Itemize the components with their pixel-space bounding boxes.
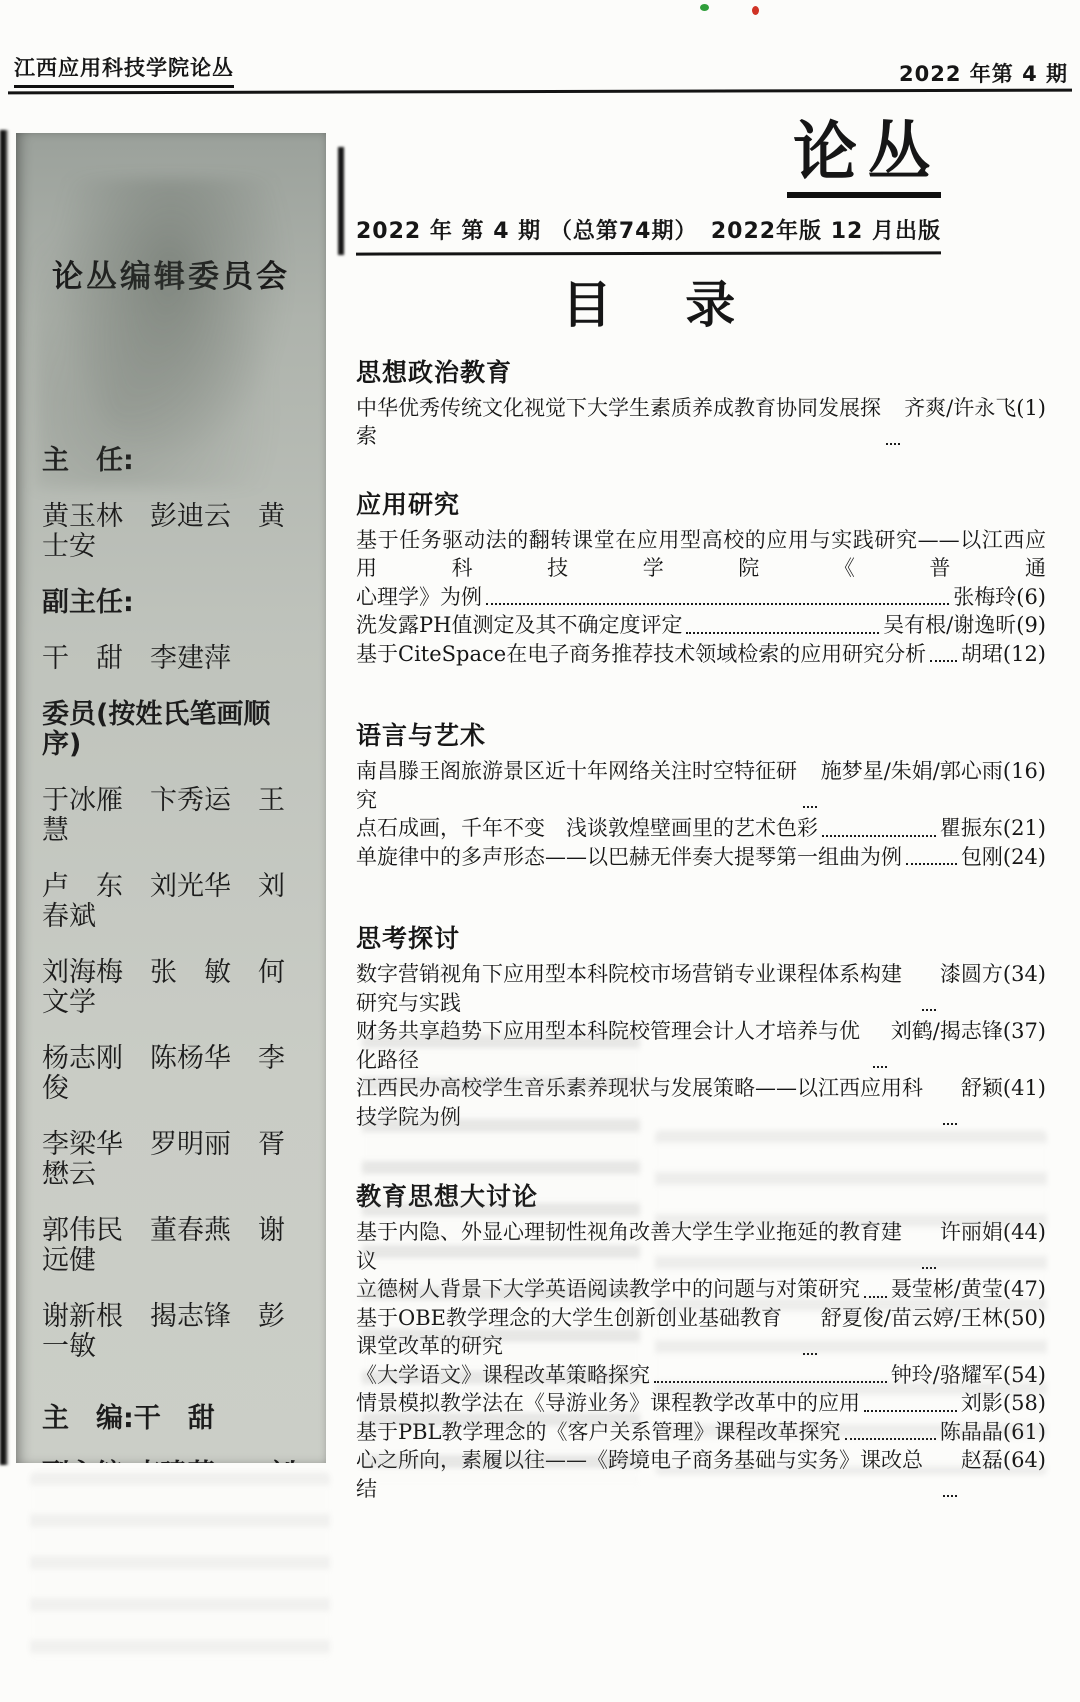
toc-section-language-and-art: 语言与艺术 南昌滕王阁旅游景区近十年网络关注时空特征研究 施梦星/朱娟/郭心雨(… bbox=[356, 716, 1046, 871]
editorial-board-panel: 论丛编辑委员会 主 任: 黄玉林 彭迪云 黄士安 副主任: 干 甜 李建萍 委员… bbox=[16, 133, 326, 1463]
section-heading: 思考探讨 bbox=[356, 919, 1046, 955]
bleed-through-smudge bbox=[36, 178, 306, 488]
entry-author-page: 齐爽/许永飞(1) bbox=[904, 394, 1046, 423]
entry-author-page: 瞿振东(21) bbox=[940, 814, 1046, 843]
running-head-rule bbox=[8, 89, 1072, 95]
dot-leader bbox=[803, 806, 817, 808]
board-label-members: 委员(按姓氏笔画顺序) bbox=[42, 700, 300, 760]
board-row: 刘海梅 张 敏 何文学 bbox=[42, 958, 300, 1018]
board-row: 郭伟民 董春燕 谢远健 bbox=[42, 1216, 300, 1276]
dot-leader bbox=[943, 1495, 957, 1497]
entry-author-page: 张梅玲(6) bbox=[953, 583, 1046, 612]
entry-author-page: 施梦星/朱娟/郭心雨(16) bbox=[821, 757, 1046, 786]
toc-entry: 心理学》为例 张梅玲(6) bbox=[356, 583, 1046, 612]
toc-entry: 中华优秀传统文化视觉下大学生素质养成教育协同发展探索 齐爽/许永飞(1) bbox=[356, 394, 1046, 451]
toc-entry: 南昌滕王阁旅游景区近十年网络关注时空特征研究 施梦星/朱娟/郭心雨(16) bbox=[356, 757, 1046, 814]
entry-title: 南昌滕王阁旅游景区近十年网络关注时空特征研究 bbox=[356, 757, 799, 814]
scan-speck-red bbox=[752, 6, 759, 15]
editorial-board-list: 主 任: 黄玉林 彭迪云 黄士安 副主任: 干 甜 李建萍 委员(按姓氏笔画顺序… bbox=[16, 446, 326, 1362]
section-heading: 语言与艺术 bbox=[356, 716, 1046, 752]
entry-title: 数字营销视角下应用型本科院校市场营销专业课程体系构建研究与实践 bbox=[356, 960, 918, 1017]
dot-leader bbox=[906, 863, 957, 865]
board-row: 谢新根 揭志锋 彭一敏 bbox=[42, 1302, 300, 1362]
issue-line-left: 2022 年 第 4 期 （总第74期） bbox=[356, 214, 697, 245]
toc-entry: 基于任务驱动法的翻转课堂在应用型高校的应用与实践研究——以江西应用科技学院《普通 bbox=[356, 526, 1046, 583]
running-head-journal-name: 江西应用科技学院论丛 bbox=[14, 52, 234, 88]
scan-speck-green bbox=[700, 4, 709, 11]
board-row: 于冰雁 卞秀运 王 慧 bbox=[42, 786, 300, 846]
toc-entry: 基于CiteSpace在电子商务推荐技术领域检索的应用研究分析 胡珺(12) bbox=[356, 640, 1046, 669]
toc-title: 目 录 bbox=[356, 265, 941, 337]
entry-author-page: 包刚(24) bbox=[961, 843, 1046, 872]
dot-leader bbox=[886, 443, 900, 445]
running-head: 江西应用科技学院论丛 2022 年第 4 期 bbox=[14, 52, 1068, 88]
dot-leader bbox=[822, 835, 936, 837]
board-row: 杨志刚 陈杨华 李 俊 bbox=[42, 1044, 300, 1104]
page-fold-shadow bbox=[0, 130, 9, 1465]
toc-section-ideological-political-education: 思想政治教育 中华优秀传统文化视觉下大学生素质养成教育协同发展探索 齐爽/许永飞… bbox=[356, 353, 1046, 451]
toc-entry: 单旋律中的多声形态——以巴赫无伴奏大提琴第一组曲为例 包刚(24) bbox=[356, 843, 1046, 872]
board-row: 卢 东 刘光华 刘春斌 bbox=[42, 872, 300, 932]
entry-author-page: 吴有根/谢逸昕(9) bbox=[883, 611, 1046, 640]
chief-editor: 主 编:干 甜 bbox=[42, 1404, 300, 1434]
board-row: 李梁华 罗明丽 胥懋云 bbox=[42, 1130, 300, 1190]
masthead-rule bbox=[356, 251, 941, 255]
bleed-through-text-bottom-left bbox=[30, 1472, 330, 1662]
editors-block: 主 编:干 甜 副主编:李建萍 刘长万 bbox=[16, 1404, 326, 1463]
dot-leader bbox=[930, 660, 957, 662]
issue-line-right: 2022年版 12 月出版 bbox=[711, 214, 941, 245]
running-head-issue-number: 2022 年第 4 期 bbox=[899, 58, 1068, 88]
toc-entry: 洗发露PH值测定及其不确定度评定 吴有根/谢逸昕(9) bbox=[356, 611, 1046, 640]
entry-title: 基于CiteSpace在电子商务推荐技术领域检索的应用研究分析 bbox=[356, 640, 926, 669]
dot-leader bbox=[486, 603, 949, 605]
board-row: 干 甜 李建萍 bbox=[42, 644, 300, 674]
dot-leader bbox=[873, 1066, 887, 1068]
bleed-through-text-right bbox=[655, 1130, 1047, 1475]
entry-title: 洗发露PH值测定及其不确定度评定 bbox=[356, 611, 682, 640]
dot-leader bbox=[686, 632, 879, 634]
section-heading: 思想政治教育 bbox=[356, 353, 1046, 389]
dot-leader bbox=[922, 1009, 936, 1011]
entry-author-page: 刘鹤/揭志锋(37) bbox=[891, 1017, 1046, 1046]
board-row: 黄玉林 彭迪云 黄士安 bbox=[42, 502, 300, 562]
toc-entry: 数字营销视角下应用型本科院校市场营销专业课程体系构建研究与实践 漆圆方(34) bbox=[356, 960, 1046, 1017]
masthead-title: 论丛 bbox=[787, 118, 941, 198]
toc-section-applied-research: 应用研究 基于任务驱动法的翻转课堂在应用型高校的应用与实践研究——以江西应用科技… bbox=[356, 485, 1046, 669]
issue-line: 2022 年 第 4 期 （总第74期） 2022年版 12 月出版 bbox=[356, 214, 941, 245]
entry-title: 单旋律中的多声形态——以巴赫无伴奏大提琴第一组曲为例 bbox=[356, 843, 902, 872]
entry-title: 基于任务驱动法的翻转课堂在应用型高校的应用与实践研究——以江西应用科技学院《普通 bbox=[356, 528, 1046, 581]
masthead: 论丛 2022 年 第 4 期 （总第74期） 2022年版 12 月出版 目 … bbox=[356, 118, 941, 337]
entry-title: 中华优秀传统文化视觉下大学生素质养成教育协同发展探索 bbox=[356, 394, 882, 451]
dot-leader bbox=[943, 1123, 957, 1125]
board-label-deputy-director: 副主任: bbox=[42, 588, 300, 618]
panel-edge-shadow bbox=[338, 147, 344, 255]
section-heading: 应用研究 bbox=[356, 485, 1046, 521]
bleed-through-text-left bbox=[362, 1035, 640, 1487]
entry-author-page: 舒颖(41) bbox=[961, 1074, 1046, 1103]
entry-title: 点石成画，千年不变 浅谈敦煌壁画里的艺术色彩 bbox=[356, 814, 818, 843]
deputy-chief-editor: 副主编:李建萍 刘长万 bbox=[42, 1460, 300, 1463]
entry-author-page: 胡珺(12) bbox=[961, 640, 1046, 669]
journal-toc-page: 江西应用科技学院论丛 2022 年第 4 期 论丛编辑委员会 主 任: 黄玉林 … bbox=[0, 0, 1080, 1702]
entry-author-page: 漆圆方(34) bbox=[940, 960, 1046, 989]
entry-title: 心理学》为例 bbox=[356, 583, 482, 612]
toc-entry: 点石成画，千年不变 浅谈敦煌壁画里的艺术色彩 瞿振东(21) bbox=[356, 814, 1046, 843]
